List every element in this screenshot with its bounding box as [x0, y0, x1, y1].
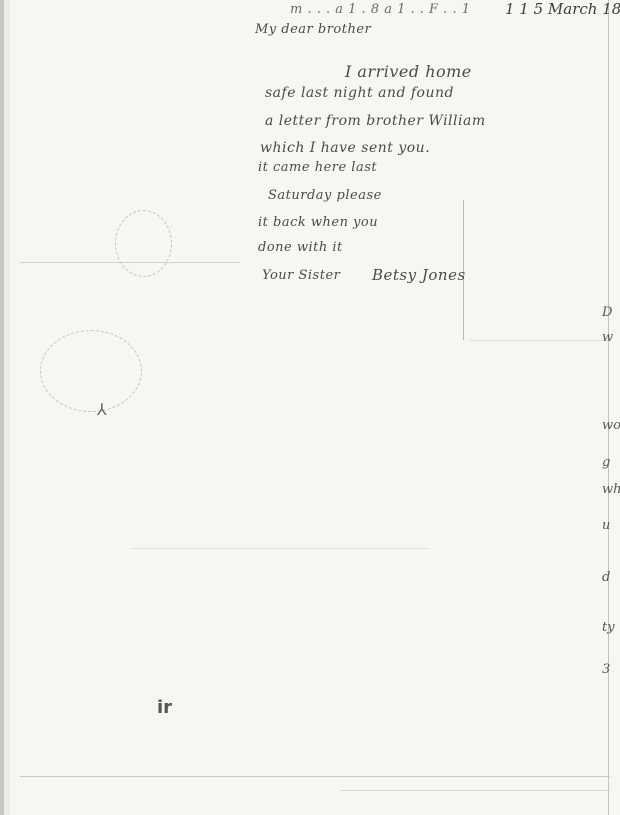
postmark-faint — [115, 210, 172, 277]
header-fragment: m . . . a 1 . 8 a 1 . . F . . 1 — [290, 2, 470, 17]
body-line-1: I arrived home — [345, 62, 472, 81]
margin-fragment: u — [602, 518, 610, 533]
letter-date: 1 1 5 March 1858 — [505, 0, 620, 18]
ink-mark: ⅄ — [97, 400, 107, 419]
margin-fragment: 3 — [602, 662, 610, 677]
margin-fragment: w — [602, 330, 613, 345]
ink-blot: ir — [157, 697, 172, 718]
letter-page: ⅄ m . . . a 1 . 8 a 1 . . F . . 1 1 1 5 … — [0, 0, 620, 815]
body-line-7: it back when you — [258, 215, 378, 230]
body-line-6: Saturday please — [268, 188, 382, 203]
margin-fragment: wh — [602, 482, 620, 497]
salutation: My dear brother — [255, 22, 371, 37]
body-line-3: a letter from brother William — [265, 113, 486, 129]
fold-line-bottom-2 — [340, 790, 610, 791]
closing: Your Sister — [262, 268, 340, 283]
margin-fragment: ty — [602, 620, 615, 635]
body-line-4: which I have sent you. — [260, 140, 430, 156]
margin-fragment: wo — [602, 418, 620, 433]
fold-line-bottom — [20, 776, 610, 777]
body-line-8: done with it — [258, 240, 343, 255]
margin-fragment: g — [602, 455, 610, 470]
postmark-faint-2 — [40, 330, 142, 412]
body-line-5: it came here last — [258, 160, 377, 175]
body-line-2: safe last night and found — [265, 85, 454, 101]
scan-edge-shadow — [4, 0, 10, 815]
fold-line-right — [470, 340, 610, 341]
margin-fragment: D — [602, 305, 612, 320]
signature: Betsy Jones — [372, 266, 466, 284]
fold-line-mid — [130, 548, 430, 549]
page-right-edge — [608, 0, 609, 815]
margin-fragment: d — [602, 570, 610, 585]
